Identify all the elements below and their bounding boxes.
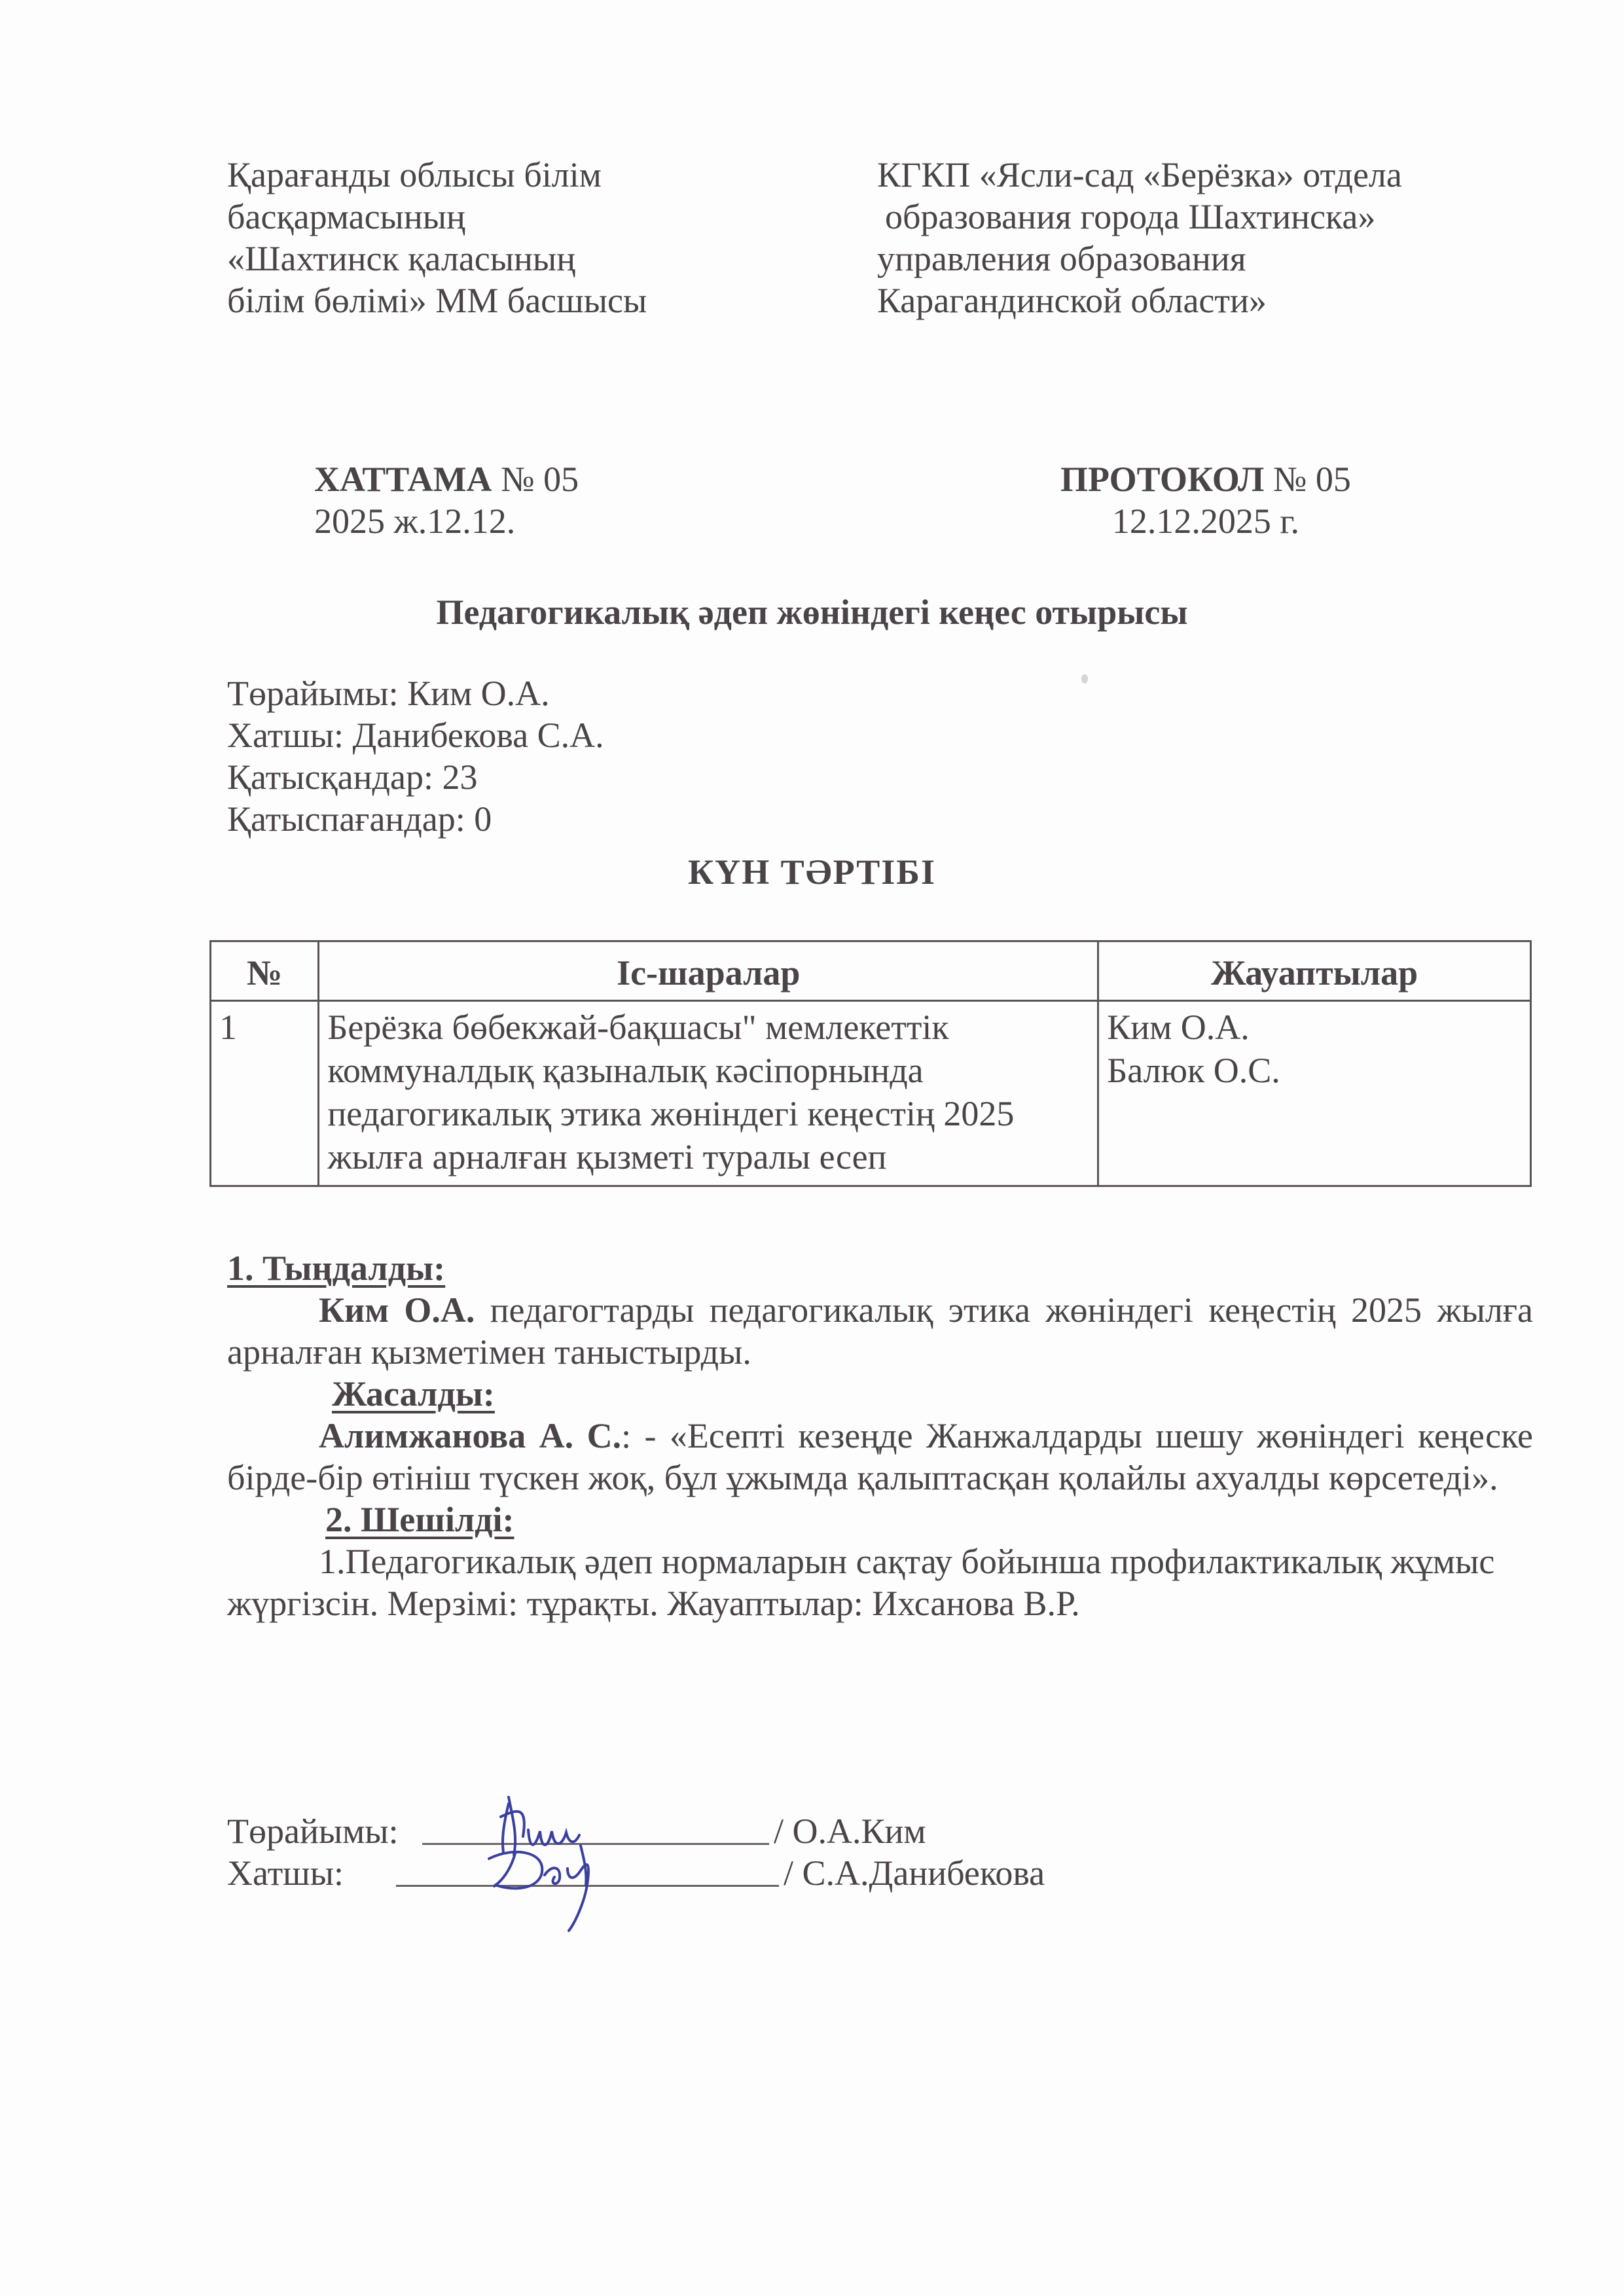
secretary-name: / С.А.Данибекова [784, 1852, 1045, 1894]
decided-heading: 2. Шешілді: [325, 1500, 514, 1539]
agenda-cell-number: 1 [211, 1001, 319, 1186]
agenda-cell-activity: Берёзка бөбекжай-бақшасы" мемлекеттік ко… [319, 1001, 1098, 1186]
scan-speck [1081, 674, 1088, 683]
protocol-ru-date: 12.12.2025 г. [1060, 500, 1351, 542]
minutes-body: 1. Тыңдалды: Ким О.А. педагогтарды педаг… [227, 1247, 1533, 1624]
heard-paragraph: Ким О.А. педагогтарды педагогикалық этик… [227, 1289, 1533, 1373]
agenda-col-activity: Іс-шаралар [319, 941, 1098, 1001]
made-heading: Жасалды: [332, 1374, 495, 1413]
agenda-col-responsible: Жауаптылар [1098, 941, 1531, 1001]
protocol-ru: ПРОТОКОЛ № 05 12.12.2025 г. [1060, 458, 1351, 542]
made-speaker: Алимжанова А. С. [319, 1416, 621, 1455]
secretary-label: Хатшы: [227, 1853, 344, 1893]
signature-row-secretary: Хатшы: / С.А.Данибекова [227, 1852, 1144, 1894]
agenda-col-number: № [211, 941, 319, 1001]
header-right-line: КГКП «Ясли-сад «Берёзка» отдела [877, 154, 1532, 196]
header-left-org: Қарағанды облысы білім басқармасының «Ша… [227, 154, 784, 321]
header-right-line: управления образования [877, 238, 1532, 280]
signature-row-chair: Төрайымы: / О.А.Ким [227, 1810, 1144, 1852]
heard-speaker: Ким О.А. [319, 1290, 475, 1330]
signature-block: Төрайымы: / О.А.Ким Хатшы: / С.А.Данибек… [227, 1810, 1144, 1894]
protocol-ru-title: ПРОТОКОЛ [1060, 460, 1264, 499]
protocol-kz-title: ХАТТАМА [314, 460, 492, 499]
protocol-ru-number: № 05 [1273, 460, 1351, 499]
heard-heading: 1. Тыңдалды: [227, 1248, 445, 1288]
header-left-line: білім бөлімі» ММ басшысы [227, 280, 784, 321]
header-right-line: образования города Шахтинска» [877, 196, 1532, 238]
header-left-line: «Шахтинск қаласының [227, 238, 784, 280]
meta-secretary: Хатшы: Данибекова С.А. [227, 714, 604, 756]
table-row: 1 Берёзка бөбекжай-бақшасы" мемлекеттік … [211, 1001, 1531, 1186]
agenda-header-row: № Іс-шаралар Жауаптылар [211, 941, 1531, 1001]
responsible-person: Ким О.А. [1107, 1006, 1522, 1049]
protocol-kz: ХАТТАМА № 05 2025 ж.12.12. [314, 458, 579, 542]
meeting-meta: Төрайымы: Ким О.А. Хатшы: Данибекова С.А… [227, 672, 604, 840]
header-left-line: Қарағанды облысы білім [227, 154, 784, 196]
decided-paragraph: 1.Педагогикалық әдеп нормаларын сақтау б… [227, 1540, 1533, 1624]
agenda-title: КҮН ТӘРТІБІ [0, 851, 1624, 893]
meta-chair: Төрайымы: Ким О.А. [227, 672, 604, 714]
meta-absent: Қатыспағандар: 0 [227, 798, 604, 840]
chair-name: / О.А.Ким [774, 1810, 926, 1852]
header-right-line: Карагандинской области» [877, 280, 1532, 321]
made-paragraph: Алимжанова А. С.: - «Есепті кезеңде Жанж… [227, 1415, 1533, 1499]
header-right-org: КГКП «Ясли-сад «Берёзка» отдела образова… [877, 154, 1532, 321]
meeting-title: Педагогикалық әдеп жөніндегі кеңес отыры… [0, 591, 1624, 633]
responsible-person: Балюк О.С. [1107, 1049, 1522, 1092]
header-left-line: басқармасының [227, 196, 784, 238]
protocol-kz-date: 2025 ж.12.12. [314, 500, 579, 542]
protocol-kz-number: № 05 [501, 460, 579, 499]
chair-label: Төрайымы: [227, 1812, 399, 1851]
document-page: Қарағанды облысы білім басқармасының «Ша… [0, 0, 1624, 2296]
secretary-signature-icon [476, 1839, 633, 1937]
meta-present: Қатысқандар: 23 [227, 756, 604, 798]
agenda-cell-responsible: Ким О.А. Балюк О.С. [1098, 1001, 1531, 1186]
agenda-table: № Іс-шаралар Жауаптылар 1 Берёзка бөбекж… [209, 940, 1532, 1187]
